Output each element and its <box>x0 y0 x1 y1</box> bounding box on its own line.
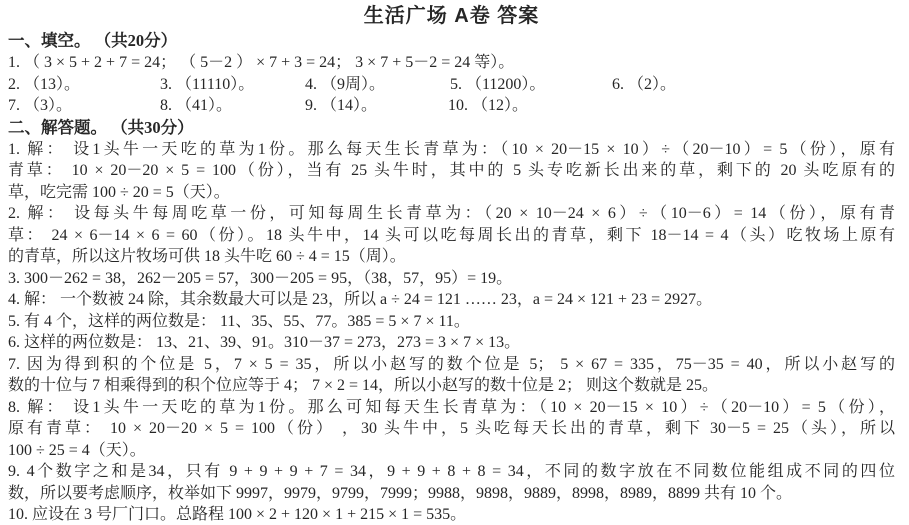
fill-answer-1: 1. （ 3 × 5 + 2 + 7 = 24； （ 5－2 ） × 7 + 3… <box>8 52 895 74</box>
text-line: 3. 300－262 = 38，262－205 = 57，300－205 = 9… <box>8 268 895 290</box>
fill-answers-row-1: 2. （13）。 3. （11110）。 4. （9周）。 5. （11200）… <box>8 74 895 96</box>
text-line: 数的十位与 7 相乘得到的积个位应等于 4； 7 × 2 = 14，所以小赵写的… <box>8 375 895 397</box>
solution-answer-2: 2. 解： 设每头牛每周吃草一份，可知每周生长青草为：（20 × 10－24 ×… <box>8 203 895 268</box>
text-line: 100 ÷ 25 = 4（天）。 <box>8 440 895 462</box>
answer-sheet-page: 生活广场 A卷 答案 一、填空。 （共20分） 1. （ 3 × 5 + 2 +… <box>0 0 909 525</box>
fill-answer-3: 3. （11110）。 <box>160 74 305 96</box>
text-line: 青草： 10 × 20－20 × 5 = 100（份），当有 25 头牛时，其中… <box>8 160 895 182</box>
section-solve-heading: 二、解答题。 （共30分） <box>8 117 895 139</box>
fill-answer-10: 10. （12）。 <box>448 95 528 117</box>
solution-answer-10: 10. 应设在 3 号厂门口。总路程 100 × 2 + 120 × 1 + 2… <box>8 504 895 525</box>
solution-answer-7: 7. 因为得到积的个位是 5，7 × 5 = 35，所以小赵写的数个位是 5； … <box>8 354 895 397</box>
text-line: 草，吃完需 100 ÷ 20 = 5（天）。 <box>8 182 895 204</box>
solution-answer-9: 9. 4个数字之和是34，只有 9 + 9 + 9 + 7 = 34，9 + 9… <box>8 461 895 504</box>
fill-answer-8: 8. （41）。 <box>160 95 305 117</box>
text-line: 10. 应设在 3 号厂门口。总路程 100 × 2 + 120 × 1 + 2… <box>8 504 895 525</box>
text-line: 2. 解： 设每头牛每周吃草一份，可知每周生长青草为：（20 × 10－24 ×… <box>8 203 895 225</box>
text-line: 4. 解： 一个数被 24 除，其余数最大可以是 23，所以 a ÷ 24 = … <box>8 289 895 311</box>
solution-answer-1: 1. 解： 设1头牛一天吃的草为1份。那么每天生长青草为：（10 × 20－15… <box>8 139 895 204</box>
fill-answer-7: 7. （3）。 <box>8 95 160 117</box>
fill-answers-row-2: 7. （3）。 8. （41）。 9. （14）。 10. （12）。 <box>8 95 895 117</box>
text-line: 1. 解： 设1头牛一天吃的草为1份。那么每天生长青草为：（10 × 20－15… <box>8 139 895 161</box>
fill-answer-4: 4. （9周）。 <box>305 74 450 96</box>
section-fill-heading: 一、填空。 （共20分） <box>8 30 895 52</box>
fill-answer-6: 6. （2）。 <box>612 74 676 96</box>
text-line: 的青草，所以这片牧场可供 18 头牛吃 60 ÷ 4 = 15（周）。 <box>8 246 895 268</box>
text-line: 草： 24 × 6－14 × 6 = 60（份）。18 头牛中，14 头可以吃每… <box>8 225 895 247</box>
text-line: 原有青草： 10 × 20－20 × 5 = 100（份） ，30 头牛中，5 … <box>8 418 895 440</box>
fill-answer-2: 2. （13）。 <box>8 74 160 96</box>
fill-answer-9: 9. （14）。 <box>305 95 448 117</box>
solution-answer-3: 3. 300－262 = 38，262－205 = 57，300－205 = 9… <box>8 268 895 290</box>
text-line: 9. 4个数字之和是34，只有 9 + 9 + 9 + 7 = 34，9 + 9… <box>8 461 895 483</box>
text-line: 7. 因为得到积的个位是 5，7 × 5 = 35，所以小赵写的数个位是 5； … <box>8 354 895 376</box>
text-line: 数，所以要考虑顺序，枚举如下 9997，9979，9799，7999；9988，… <box>8 483 895 505</box>
solution-answer-8: 8. 解： 设1头牛一天吃的草为1份。那么可知每天生长青草为：（10 × 20－… <box>8 397 895 462</box>
solution-answer-4: 4. 解： 一个数被 24 除，其余数最大可以是 23，所以 a ÷ 24 = … <box>8 289 895 311</box>
text-line: 8. 解： 设1头牛一天吃的草为1份。那么可知每天生长青草为：（10 × 20－… <box>8 397 895 419</box>
solution-answer-6: 6. 这样的两位数是： 13、21、39、91。310－37 = 273，273… <box>8 332 895 354</box>
page-title: 生活广场 A卷 答案 <box>8 2 895 30</box>
text-line: 6. 这样的两位数是： 13、21、39、91。310－37 = 273，273… <box>8 332 895 354</box>
fill-answer-5: 5. （11200）。 <box>450 74 612 96</box>
text-line: 5. 有 4 个，这样的两位数是： 11、35、55、77。385 = 5 × … <box>8 311 895 333</box>
solution-answer-5: 5. 有 4 个，这样的两位数是： 11、35、55、77。385 = 5 × … <box>8 311 895 333</box>
